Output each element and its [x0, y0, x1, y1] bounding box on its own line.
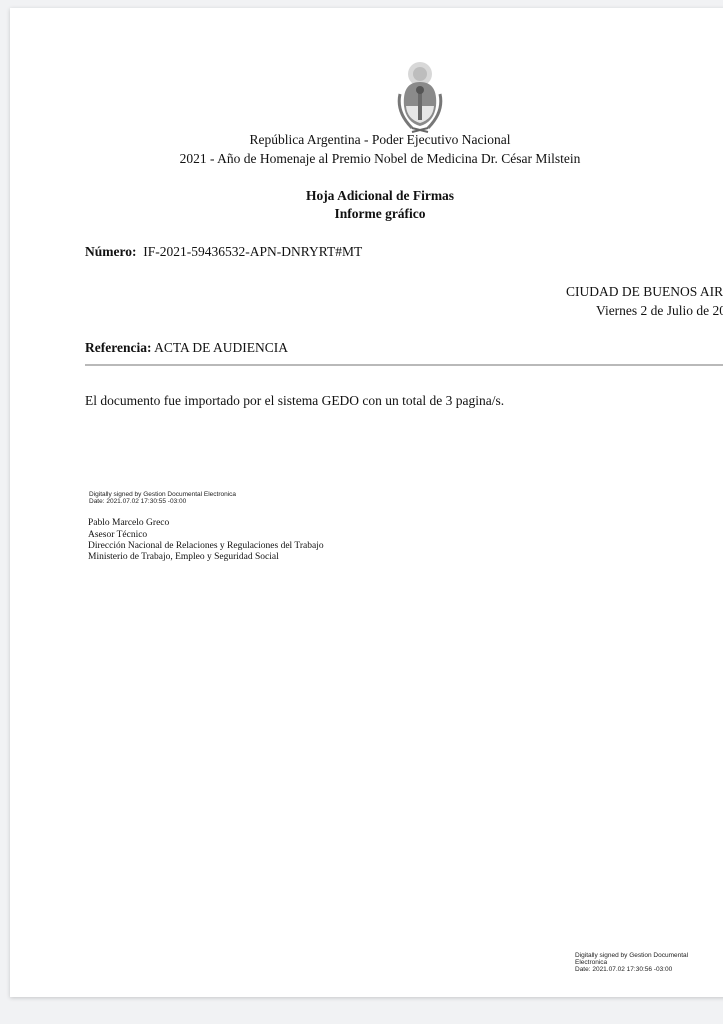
- referencia-value: ACTA DE AUDIENCIA: [154, 340, 288, 355]
- footer-stamp: Digitally signed by Gestion Documental E…: [575, 952, 688, 973]
- header-line-1: República Argentina - Poder Ejecutivo Na…: [10, 132, 723, 148]
- signer-block: Pablo Marcelo Greco Asesor Técnico Direc…: [88, 518, 324, 562]
- numero-row: Número: IF-2021-59436532-APN-DNRYRT#MT: [85, 244, 362, 260]
- document-page: República Argentina - Poder Ejecutivo Na…: [10, 8, 723, 997]
- header-line-2: 2021 - Año de Homenaje al Premio Nobel d…: [10, 151, 723, 167]
- city: CIUDAD DE BUENOS AIRES: [566, 284, 723, 300]
- date: Viernes 2 de Julio de 2021: [596, 303, 723, 319]
- body-text: El documento fue importado por el sistem…: [85, 393, 504, 409]
- signer-name: Pablo Marcelo Greco: [88, 518, 324, 529]
- divider: [85, 364, 723, 366]
- footer-stamp-line-2: Electronica: [575, 959, 688, 966]
- referencia-row: Referencia: ACTA DE AUDIENCIA: [85, 340, 288, 356]
- stamp-line-2: Date: 2021.07.02 17:30:55 -03:00: [89, 498, 236, 505]
- signer-role: Asesor Técnico: [88, 530, 324, 541]
- referencia-label: Referencia:: [85, 340, 151, 355]
- document-title: Hoja Adicional de Firmas: [10, 188, 723, 204]
- footer-stamp-line-3: Date: 2021.07.02 17:30:56 -03:00: [575, 966, 688, 973]
- stamp-line-1: Digitally signed by Gestion Documental E…: [89, 491, 236, 498]
- signature-stamp: Digitally signed by Gestion Documental E…: [89, 491, 236, 505]
- document-subtitle: Informe gráfico: [10, 206, 723, 222]
- signer-office: Dirección Nacional de Relaciones y Regul…: [88, 541, 324, 552]
- footer-stamp-line-1: Digitally signed by Gestion Documental: [575, 952, 688, 959]
- numero-label: Número:: [85, 244, 137, 259]
- signer-ministry: Ministerio de Trabajo, Empleo y Segurida…: [88, 552, 324, 563]
- coat-of-arms-icon: [390, 56, 450, 136]
- numero-value: IF-2021-59436532-APN-DNRYRT#MT: [143, 244, 362, 259]
